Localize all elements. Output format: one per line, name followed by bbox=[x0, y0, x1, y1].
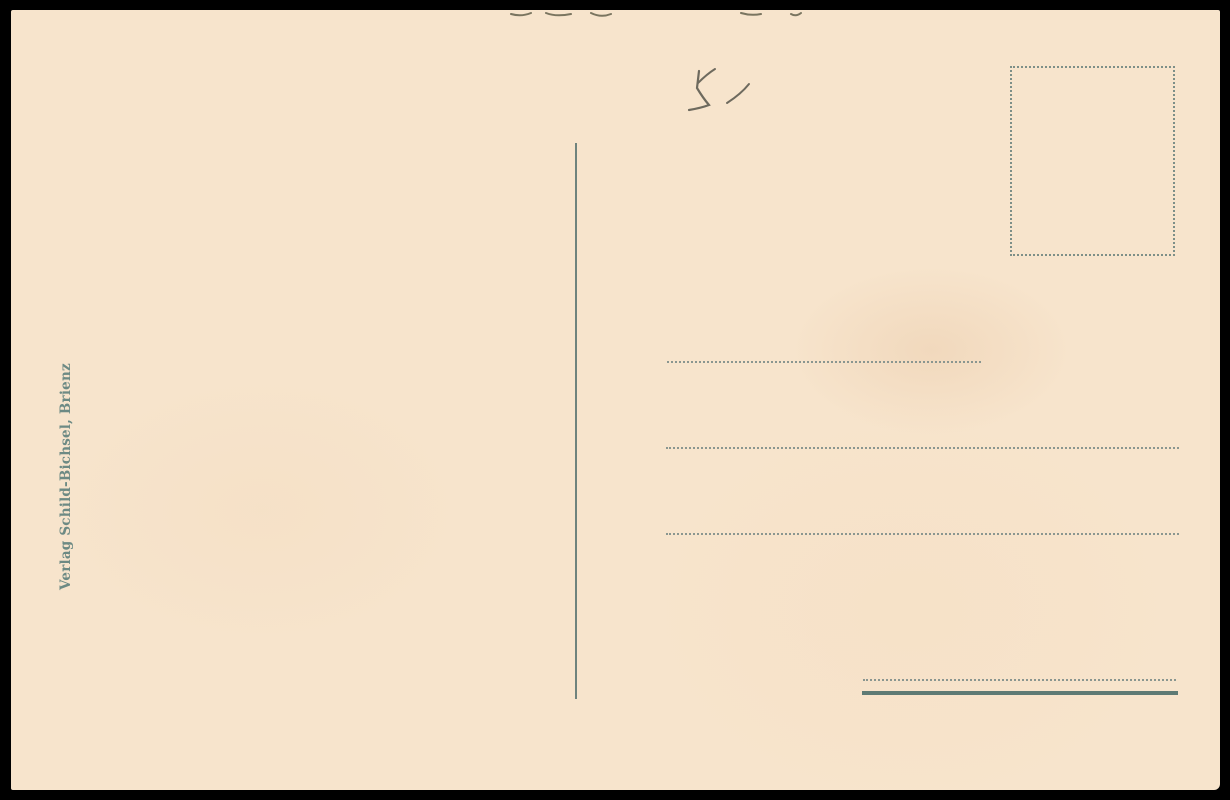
postcard-back: Verlag Schild-Bichsel, Brienz bbox=[11, 10, 1220, 790]
address-line-1 bbox=[667, 361, 981, 363]
pencil-note-icon bbox=[681, 60, 761, 120]
address-line-2 bbox=[666, 447, 1179, 449]
edge-ink-smudge-icon bbox=[501, 10, 831, 18]
publisher-imprint: Verlag Schild-Bichsel, Brienz bbox=[58, 363, 74, 590]
center-divider-line bbox=[575, 143, 577, 699]
address-underline bbox=[862, 691, 1178, 695]
address-line-3 bbox=[666, 533, 1179, 535]
address-line-4 bbox=[863, 679, 1176, 681]
stamp-placement-box bbox=[1010, 66, 1175, 256]
